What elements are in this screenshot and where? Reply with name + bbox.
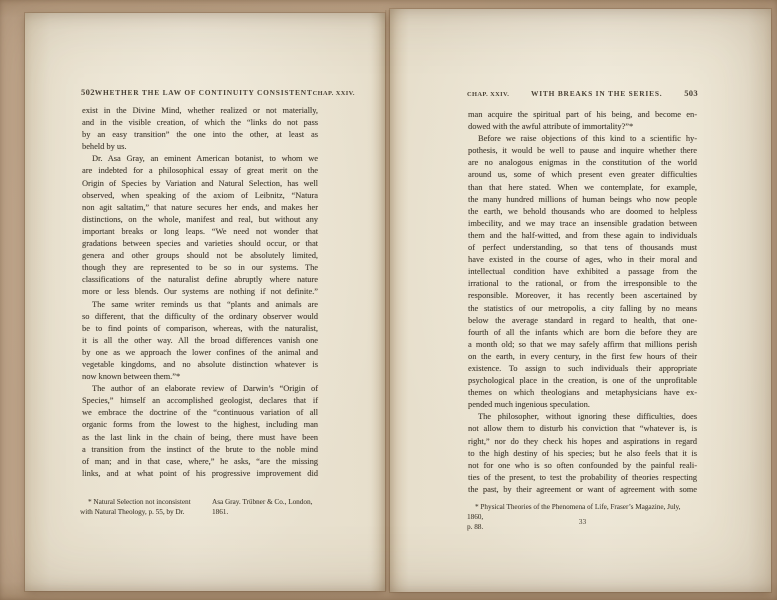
text-line: exist in the Divine Mind, whether realiz…: [82, 105, 318, 117]
text-line: as the last link in the chain of being, …: [82, 432, 318, 444]
right-chapter-label: CHAP. XXIV.: [467, 91, 509, 98]
text-line: though they are represented to be so in …: [82, 262, 318, 274]
paragraph: Before we raise objections of this kind …: [468, 133, 697, 411]
footnote-line: with Natural Theology, p. 55, by Dr.: [80, 507, 206, 517]
text-line: intellectual condition have exhibited a …: [468, 266, 697, 278]
text-line: beheld by us.: [82, 141, 318, 153]
text-line: classifications of the naturalist define…: [82, 274, 318, 286]
text-line: and in the visible creation, of which th…: [82, 117, 318, 129]
text-line: a month old; so that we may safely affir…: [468, 339, 697, 351]
text-line: organic forms from the lowest to the hig…: [82, 419, 318, 431]
footnote-line: * Natural Selection not inconsistent: [80, 497, 206, 507]
text-line: by one as we approach the lower confines…: [82, 347, 318, 359]
text-line: by an easy transition” the one into the …: [82, 129, 318, 141]
text-line: genera and other groups should not be ab…: [82, 250, 318, 262]
text-line: Before we raise objections of this kind …: [468, 133, 697, 145]
text-line: themes on which theologians and metaphys…: [468, 387, 697, 399]
text-line: the past, by their agreement or want of …: [468, 484, 697, 496]
text-line: so different, that the difficulty of the…: [82, 311, 318, 323]
text-line: to the high destiny of his species; but …: [468, 448, 697, 460]
left-chapter-label: CHAP. XXIV.: [313, 90, 355, 97]
left-running-title: WHETHER THE LAW OF CONTINUITY CONSISTENT: [95, 88, 313, 97]
footnote-line: 1861.: [212, 507, 320, 517]
text-line: ties of the present, to test the probabi…: [468, 472, 697, 484]
left-page: 502 WHETHER THE LAW OF CONTINUITY CONSIS…: [25, 13, 385, 591]
text-line: non agit saltatim,” that nature secures …: [82, 202, 318, 214]
text-line: of man; and in that case, where,” he ask…: [82, 456, 318, 468]
text-line: psychological place in the creation, is …: [468, 375, 697, 387]
text-line: than that here stated. When we contempla…: [468, 182, 697, 194]
right-page-body: man acquire the spiritual part of his be…: [468, 109, 697, 496]
text-line: Dr. Asa Gray, an eminent American botani…: [82, 153, 318, 165]
left-page-number: 502: [81, 87, 95, 97]
text-line: be to find points of comparison, whereas…: [82, 323, 318, 335]
text-line: more or less blends. Our systems are not…: [82, 286, 318, 298]
text-line: not allow them to disturb his conviction…: [468, 423, 697, 435]
text-line: not for one who is so often confounded b…: [468, 460, 697, 472]
footnote-column-1: * Natural Selection not inconsistentwith…: [80, 497, 206, 517]
text-line: The philosopher, without ignoring these …: [468, 411, 697, 423]
paragraph: Dr. Asa Gray, an eminent American botani…: [82, 153, 318, 298]
text-line: imbecility, and we may trace an insensib…: [468, 218, 697, 230]
text-line: a transition from the instinct of the br…: [82, 444, 318, 456]
paragraph: The same writer reminds us that “plants …: [82, 299, 318, 384]
text-line: links, and at what point of his progress…: [82, 468, 318, 480]
text-line: dowed with the awful attribute of immort…: [468, 121, 697, 133]
text-line: it is all the other way. All the broad d…: [82, 335, 318, 347]
text-line: right,” nor do they check his hopes and …: [468, 436, 697, 448]
text-line: we embrace the doctrine of the “continuo…: [82, 407, 318, 419]
right-page-number: 503: [684, 88, 698, 98]
text-line: observed, when speaking of the axiom of …: [82, 190, 318, 202]
text-line: fourth of all the infants which are born…: [468, 327, 697, 339]
right-running-title: WITH BREAKS IN THE SERIES.: [531, 89, 662, 98]
photo-backdrop: 502 WHETHER THE LAW OF CONTINUITY CONSIS…: [0, 0, 777, 600]
text-line: the earth, we behold thousands who are d…: [468, 206, 697, 218]
text-line: Origin of Species by Variation and Natur…: [82, 178, 318, 190]
paragraph: man acquire the spiritual part of his be…: [468, 109, 697, 133]
text-line: responsible. Moreover, it has recently b…: [468, 290, 697, 302]
text-line: pothesis, it would be well to pause and …: [468, 145, 697, 157]
left-page-body: exist in the Divine Mind, whether realiz…: [82, 105, 318, 480]
text-line: Species,” himself an accomplished geolog…: [82, 395, 318, 407]
text-line: vegetable kingdoms, and no absolute dist…: [82, 359, 318, 371]
paragraph: exist in the Divine Mind, whether realiz…: [82, 105, 318, 153]
text-line: The same writer reminds us that “plants …: [82, 299, 318, 311]
footnote-line: Asa Gray. Trübner & Co., London,: [212, 497, 320, 507]
text-line: below the average standard in regard to …: [468, 315, 697, 327]
text-line: man acquire the spiritual part of his be…: [468, 109, 697, 121]
text-line: the many hundred millions of human being…: [468, 194, 697, 206]
text-line: important breaks or long leaps. “We need…: [82, 226, 318, 238]
text-line: irrational to the rational, or from the …: [468, 278, 697, 290]
text-line: around us, some of which present even gr…: [468, 169, 697, 181]
text-line: pended much ingenious speculation.: [468, 399, 697, 411]
paragraph: The philosopher, without ignoring these …: [468, 411, 697, 496]
text-line: distinctions, on the whole, manifest and…: [82, 214, 318, 226]
text-line: existence. To assign to such individuals…: [468, 363, 697, 375]
text-line: are indebted for a philosophical essay o…: [82, 165, 318, 177]
right-page-header: CHAP. XXIV. WITH BREAKS IN THE SERIES. 5…: [467, 88, 698, 98]
text-line: are no analogous enigmas in the constitu…: [468, 157, 697, 169]
right-page: CHAP. XXIV. WITH BREAKS IN THE SERIES. 5…: [390, 9, 771, 592]
text-line: now known between them.”*: [82, 371, 318, 383]
text-line: have existed in the course of ages, who …: [468, 254, 697, 266]
text-line: The author of an elaborate review of Dar…: [82, 383, 318, 395]
signature-mark: 33: [467, 517, 698, 526]
text-line: the statistics of our metropolis, a city…: [468, 303, 697, 315]
text-line: on the earth, in every century, in the f…: [468, 351, 697, 363]
left-page-footnote: * Natural Selection not inconsistentwith…: [80, 497, 320, 517]
paragraph: The author of an elaborate review of Dar…: [82, 383, 318, 480]
text-line: them and the half-witted, and from these…: [468, 230, 697, 242]
left-page-header: 502 WHETHER THE LAW OF CONTINUITY CONSIS…: [81, 87, 319, 97]
text-line: gradations between species and varieties…: [82, 238, 318, 250]
text-line: of perfect understanding, so that tens o…: [468, 242, 697, 254]
footnote-column-2: Asa Gray. Trübner & Co., London,1861.: [212, 497, 320, 517]
